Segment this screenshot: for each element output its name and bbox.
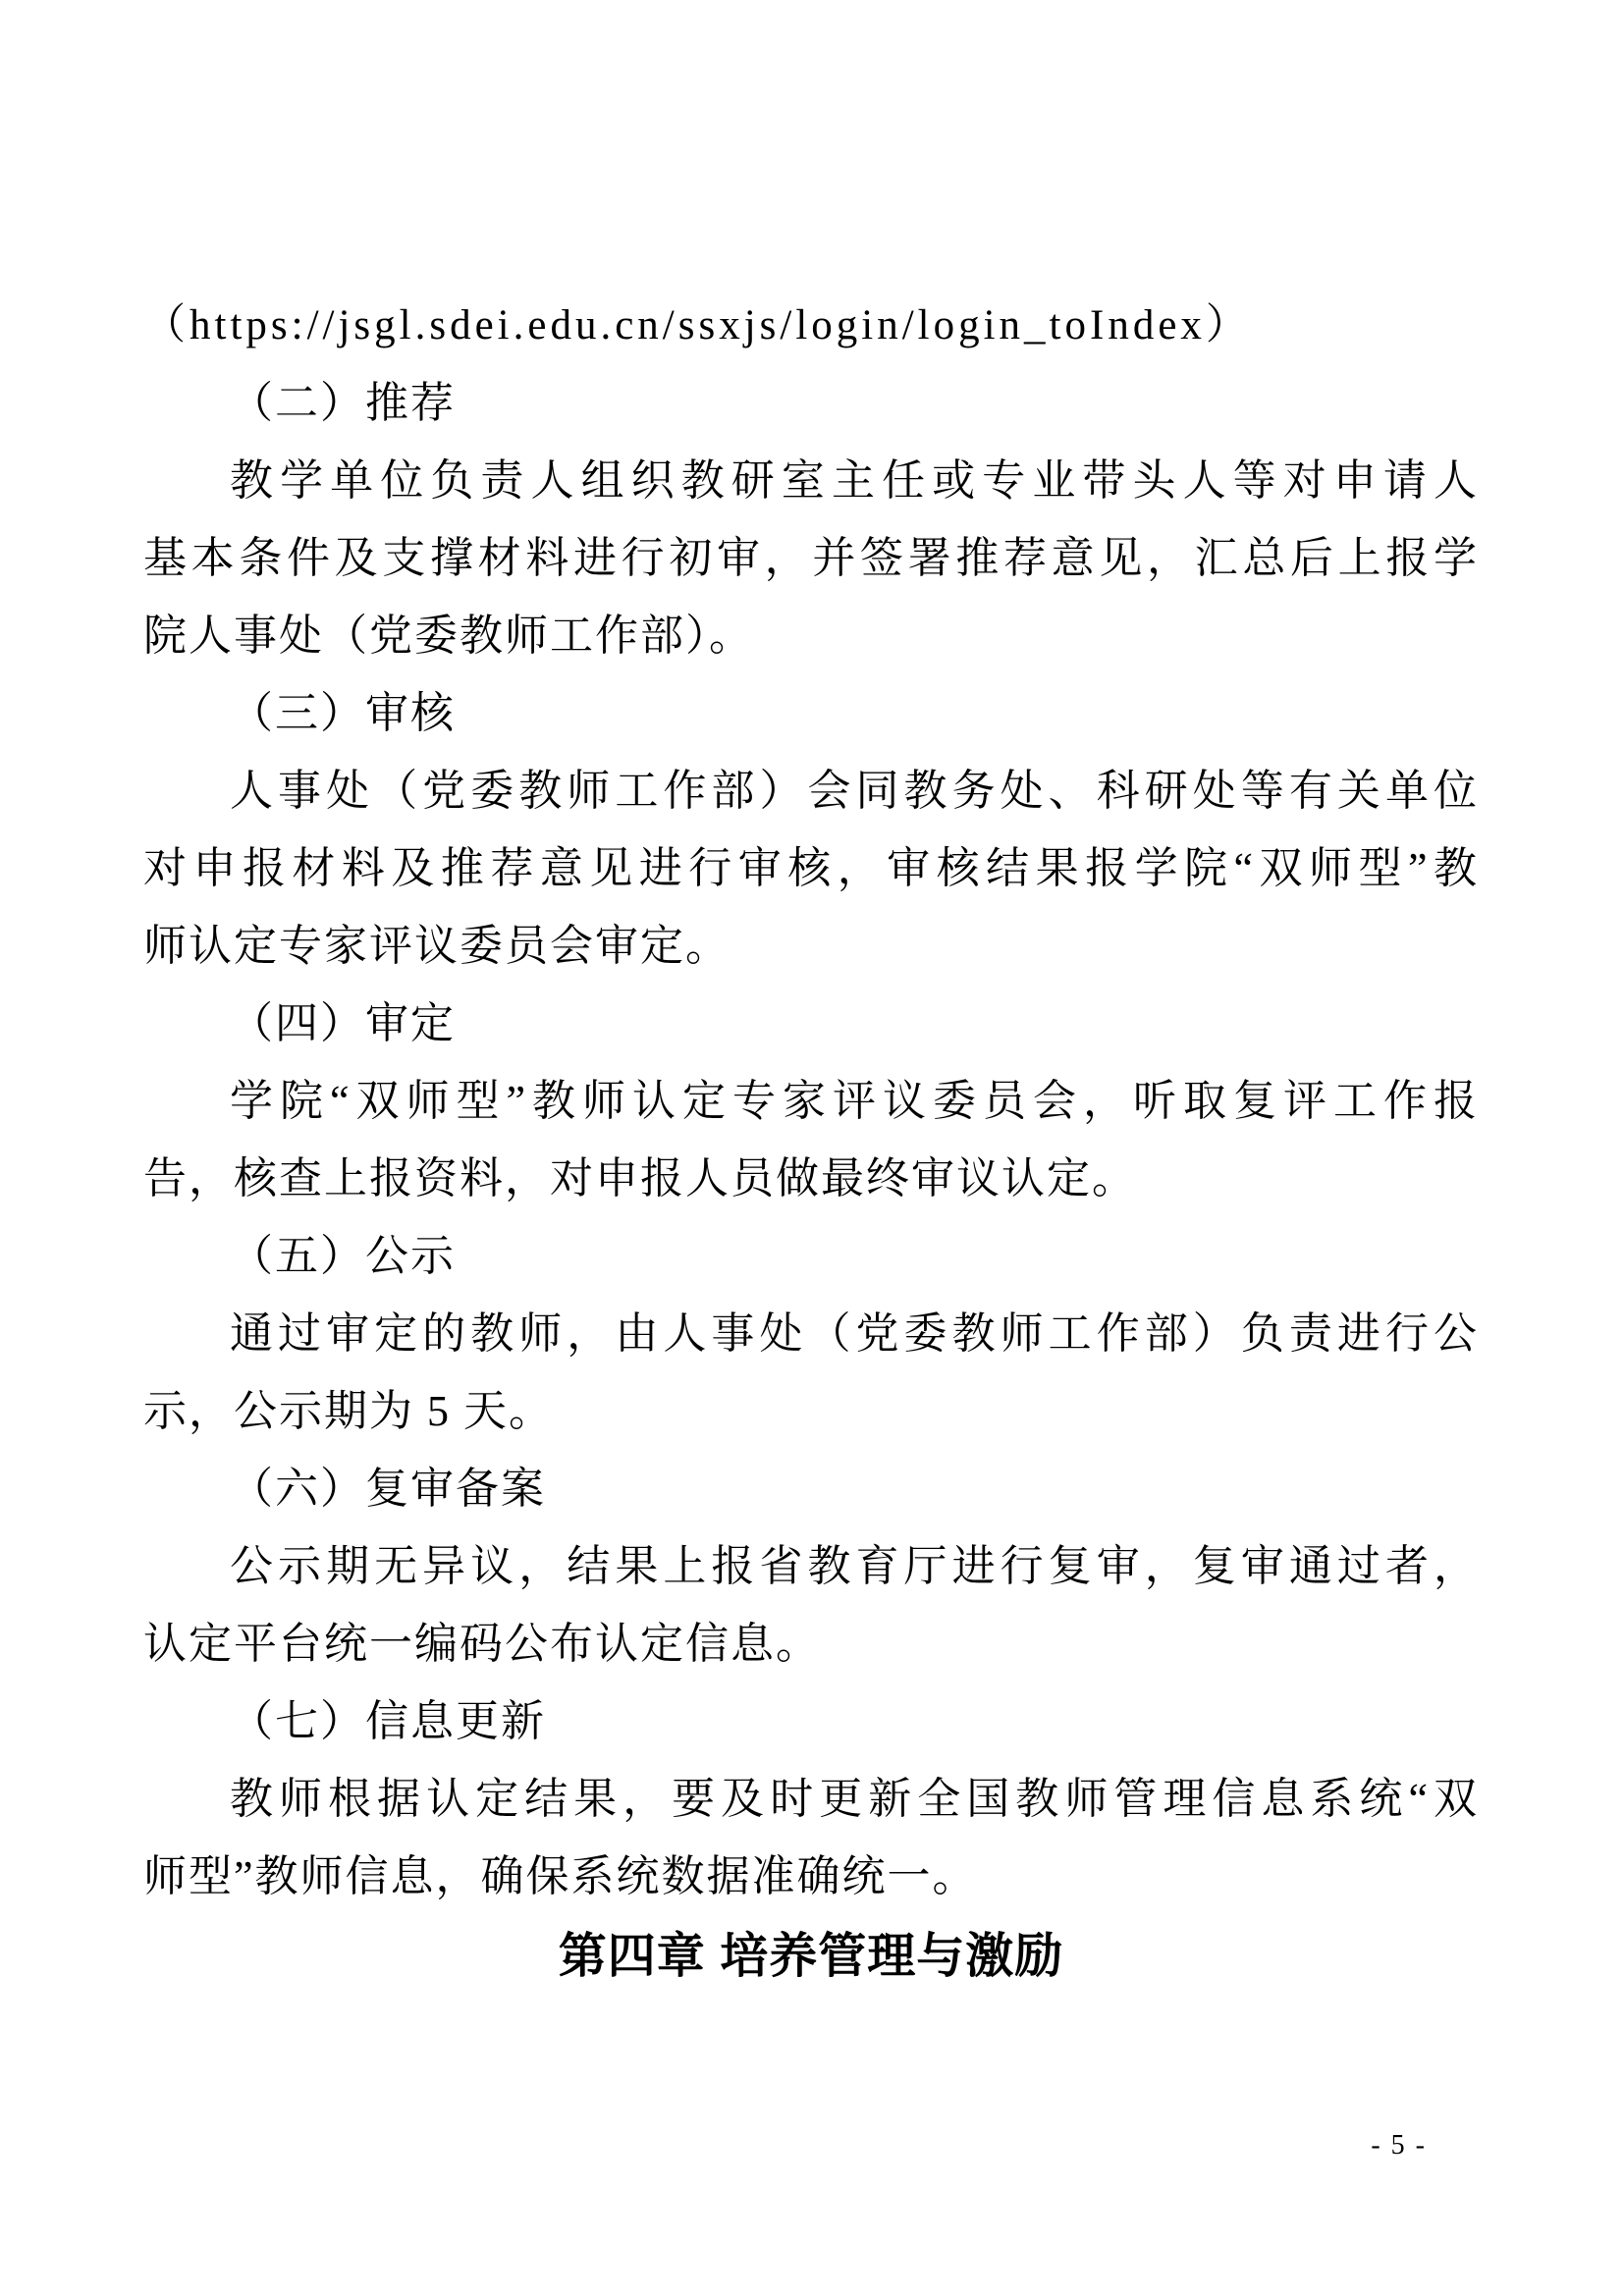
text-line: 院人事处（党委教师工作部）。 — [143, 597, 1479, 674]
chapter-heading: 第四章 培养管理与激励 — [143, 1915, 1479, 1998]
text-line: 教师根据认定结果，要及时更新全国教师管理信息系统“双 — [143, 1760, 1479, 1838]
item-heading: （二）推荐 — [143, 364, 1479, 442]
text-line: 认定平台统一编码公布认定信息。 — [143, 1605, 1479, 1682]
item-heading: （四）审定 — [143, 985, 1479, 1062]
text-line: 学院“双师型”教师认定专家评议委员会，听取复评工作报 — [143, 1062, 1479, 1140]
text-line: 人事处（党委教师工作部）会同教务处、科研处等有关单位 — [143, 752, 1479, 829]
text-line: 示，公示期为 5 天。 — [143, 1372, 1479, 1450]
url-line: （https://jsgl.sdei.edu.cn/ssxjs/login/lo… — [143, 287, 1479, 364]
item-heading: （三）审核 — [143, 674, 1479, 752]
text-line: 告，核查上报资料，对申报人员做最终审议认定。 — [143, 1140, 1479, 1217]
text-line: 师型”教师信息，确保系统数据准确统一。 — [143, 1838, 1479, 1915]
document-page: （https://jsgl.sdei.edu.cn/ssxjs/login/lo… — [0, 0, 1623, 2296]
text-line: 公示期无异议，结果上报省教育厅进行复审，复审通过者， — [143, 1527, 1479, 1605]
item-heading: （七）信息更新 — [143, 1682, 1479, 1760]
page-number: - 5 - — [1371, 2130, 1427, 2162]
text-line: 教学单位负责人组织教研室主任或专业带头人等对申请人 — [143, 442, 1479, 519]
text-line: 基本条件及支撑材料进行初审，并签署推荐意见，汇总后上报学 — [143, 519, 1479, 597]
text-line: 通过审定的教师，由人事处（党委教师工作部）负责进行公 — [143, 1295, 1479, 1372]
document-body: （https://jsgl.sdei.edu.cn/ssxjs/login/lo… — [143, 287, 1479, 1998]
item-heading: （六）复审备案 — [143, 1450, 1479, 1527]
item-heading: （五）公示 — [143, 1217, 1479, 1295]
text-line: 师认定专家评议委员会审定。 — [143, 907, 1479, 985]
text-line: 对申报材料及推荐意见进行审核，审核结果报学院“双师型”教 — [143, 829, 1479, 907]
